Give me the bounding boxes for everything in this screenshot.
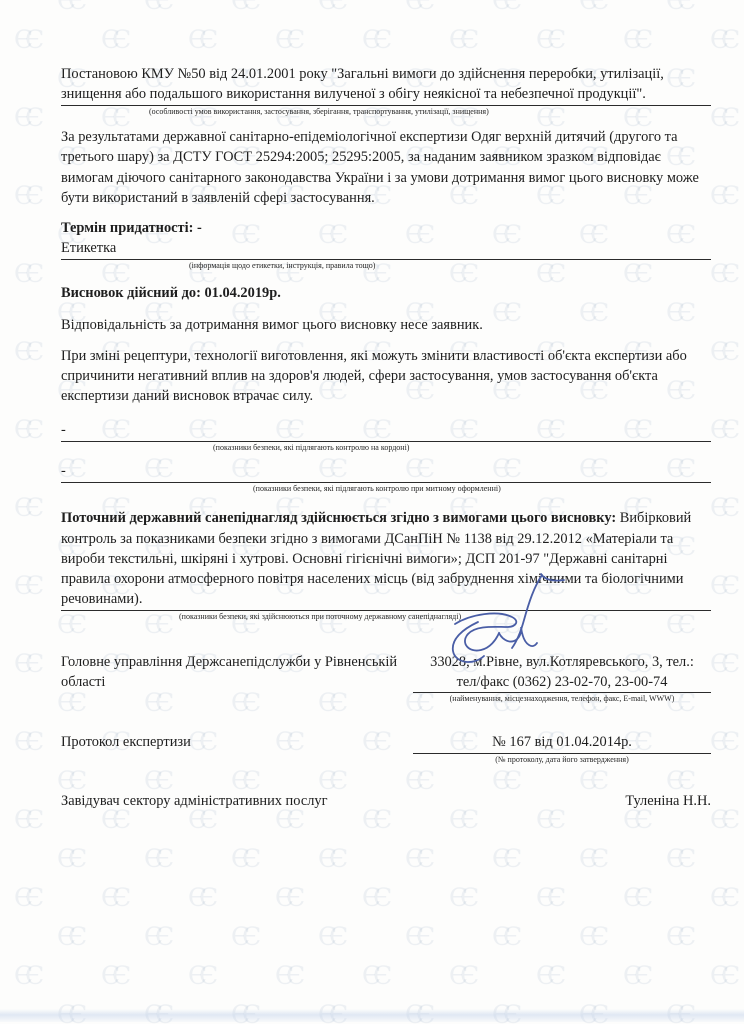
change-clause-paragraph: При зміні рецептури, технології виготовл… (61, 346, 711, 406)
watermark-glyph: ЄЄ (710, 25, 732, 54)
watermark-glyph: ЄЄ (14, 727, 36, 756)
watermark-glyph: ЄЄ (492, 844, 514, 873)
watermark-glyph: ЄЄ (57, 0, 79, 15)
watermark-glyph: ЄЄ (14, 25, 36, 54)
watermark-glyph: ЄЄ (710, 181, 732, 210)
signer-title: Завідувач сектору адміністративних послу… (61, 791, 327, 811)
watermark-glyph: ЄЄ (710, 649, 732, 678)
signer-row: Завідувач сектору адміністративних послу… (61, 791, 711, 811)
watermark-glyph: ЄЄ (623, 961, 645, 990)
watermark-glyph: ЄЄ (14, 571, 36, 600)
watermark-glyph: ЄЄ (144, 0, 166, 15)
watermark-glyph: ЄЄ (362, 961, 384, 990)
watermark-glyph: ЄЄ (101, 961, 123, 990)
watermark-glyph: ЄЄ (666, 922, 688, 951)
protocol-label: Протокол експертизи (61, 732, 413, 752)
protocol-value: № 167 від 01.04.2014р. (492, 734, 632, 750)
watermark-glyph: ЄЄ (710, 259, 732, 288)
protocol-block: № 167 від 01.04.2014р. (№ протоколу, дат… (413, 732, 711, 764)
watermark-glyph: ЄЄ (14, 337, 36, 366)
watermark-glyph: ЄЄ (14, 961, 36, 990)
border-control-caption: (показники безпеки, які підлягають контр… (213, 443, 409, 453)
watermark-glyph: ЄЄ (710, 415, 732, 444)
watermark-glyph: ЄЄ (449, 25, 471, 54)
watermark-glyph: ЄЄ (101, 883, 123, 912)
watermark-glyph: ЄЄ (188, 883, 210, 912)
watermark-glyph: ЄЄ (623, 25, 645, 54)
shelf-life-label: Термін придатності: - (61, 218, 711, 238)
signature-icon (420, 568, 590, 668)
watermark-glyph: ЄЄ (710, 883, 732, 912)
usage-conditions-caption: (особливості умов використання, застосув… (149, 107, 489, 117)
label-info-field: Етикетка (61, 238, 711, 260)
watermark-glyph: ЄЄ (405, 0, 427, 15)
watermark-glyph: ЄЄ (275, 961, 297, 990)
watermark-glyph: ЄЄ (449, 961, 471, 990)
watermark-glyph: ЄЄ (405, 844, 427, 873)
watermark-glyph: ЄЄ (710, 571, 732, 600)
watermark-glyph: ЄЄ (14, 415, 36, 444)
watermark-glyph: ЄЄ (449, 883, 471, 912)
watermark-glyph: ЄЄ (144, 844, 166, 873)
protocol-value-field: № 167 від 01.04.2014р. (413, 732, 711, 753)
watermark-glyph: ЄЄ (536, 883, 558, 912)
surveillance-field: Поточний державний санепіднагляд здійсню… (61, 508, 711, 611)
surveillance-paragraph: Поточний державний санепіднагляд здійсню… (61, 508, 711, 609)
watermark-glyph: ЄЄ (101, 25, 123, 54)
watermark-glyph: ЄЄ (57, 844, 79, 873)
watermark-glyph: ЄЄ (188, 25, 210, 54)
watermark-glyph: ЄЄ (710, 337, 732, 366)
watermark-glyph: ЄЄ (710, 103, 732, 132)
valid-until-line: Висновок дійсний до: 01.04.2019р. (61, 283, 711, 303)
watermark-glyph: ЄЄ (710, 961, 732, 990)
issuer-address-field: тел/факс (0362) 23-02-70, 23-00-74 (413, 672, 711, 693)
watermark-glyph: ЄЄ (710, 727, 732, 756)
protocol-row: Протокол експертизи № 167 від 01.04.2014… (61, 732, 711, 764)
surveillance-caption: (показники безпеки, які здійснюються при… (179, 612, 461, 622)
watermark-glyph: ЄЄ (275, 25, 297, 54)
watermark-glyph: ЄЄ (231, 0, 253, 15)
watermark-glyph: ЄЄ (492, 922, 514, 951)
watermark-glyph: ЄЄ (362, 883, 384, 912)
watermark-glyph: ЄЄ (318, 844, 340, 873)
watermark-glyph: ЄЄ (144, 922, 166, 951)
watermark-glyph: ЄЄ (14, 493, 36, 522)
issuer-name: Головне управління Держсанепідслужби у Р… (61, 652, 413, 692)
customs-control-field: - (61, 461, 711, 483)
watermark-glyph: ЄЄ (57, 922, 79, 951)
watermark-glyph: ЄЄ (579, 0, 601, 15)
surveillance-lead: Поточний державний санепіднагляд здійсню… (61, 510, 616, 526)
watermark-glyph: ЄЄ (492, 0, 514, 15)
watermark-glyph: ЄЄ (362, 25, 384, 54)
signature (420, 568, 590, 668)
watermark-glyph: ЄЄ (666, 844, 688, 873)
watermark-glyph: ЄЄ (579, 844, 601, 873)
resolution-paragraph: Постановою КМУ №50 від 24.01.2001 року "… (61, 64, 711, 104)
watermark-glyph: ЄЄ (318, 0, 340, 15)
watermark-glyph: ЄЄ (536, 25, 558, 54)
watermark-glyph: ЄЄ (188, 961, 210, 990)
border-control-field: - (61, 420, 711, 442)
label-info-value: Етикетка (61, 240, 116, 256)
watermark-glyph: ЄЄ (231, 844, 253, 873)
watermark-glyph: ЄЄ (14, 181, 36, 210)
issuer-address-line2: тел/факс (0362) 23-02-70, 23-00-74 (457, 674, 668, 690)
customs-control-value: - (61, 463, 66, 479)
border-control-value: - (61, 422, 66, 438)
watermark-glyph: ЄЄ (14, 103, 36, 132)
watermark-glyph: ЄЄ (275, 883, 297, 912)
watermark-glyph: ЄЄ (666, 0, 688, 15)
watermark-glyph: ЄЄ (14, 649, 36, 678)
signer-name: Туленіна Н.Н. (625, 791, 711, 811)
responsibility-paragraph: Відповідальність за дотримання вимог цьо… (61, 315, 711, 335)
customs-control-caption: (показники безпеки, які підлягають контр… (253, 484, 501, 494)
watermark-glyph: ЄЄ (710, 805, 732, 834)
expertise-result-paragraph: За результатами державної санітарно-епід… (61, 127, 711, 208)
watermark-glyph: ЄЄ (623, 883, 645, 912)
label-info-caption: (інформація щодо етикетки, інструкція, п… (189, 261, 375, 271)
watermark-glyph: ЄЄ (231, 922, 253, 951)
watermark-glyph: ЄЄ (14, 883, 36, 912)
watermark-glyph: ЄЄ (536, 961, 558, 990)
scan-edge-band (0, 1009, 744, 1022)
resolution-field: Постановою КМУ №50 від 24.01.2001 року "… (61, 64, 711, 106)
issuer-row: Головне управління Держсанепідслужби у Р… (61, 652, 711, 704)
watermark-glyph: ЄЄ (579, 922, 601, 951)
watermark-glyph: ЄЄ (405, 922, 427, 951)
watermark-glyph: ЄЄ (318, 922, 340, 951)
watermark-glyph: ЄЄ (14, 805, 36, 834)
watermark-glyph: ЄЄ (14, 259, 36, 288)
certificate-page: Постановою КМУ №50 від 24.01.2001 року "… (61, 64, 711, 811)
protocol-caption: (№ протоколу, дата його затвердження) (495, 755, 628, 765)
watermark-glyph: ЄЄ (710, 493, 732, 522)
issuer-caption: (найменування, місцезнаходження, телефон… (450, 694, 675, 704)
